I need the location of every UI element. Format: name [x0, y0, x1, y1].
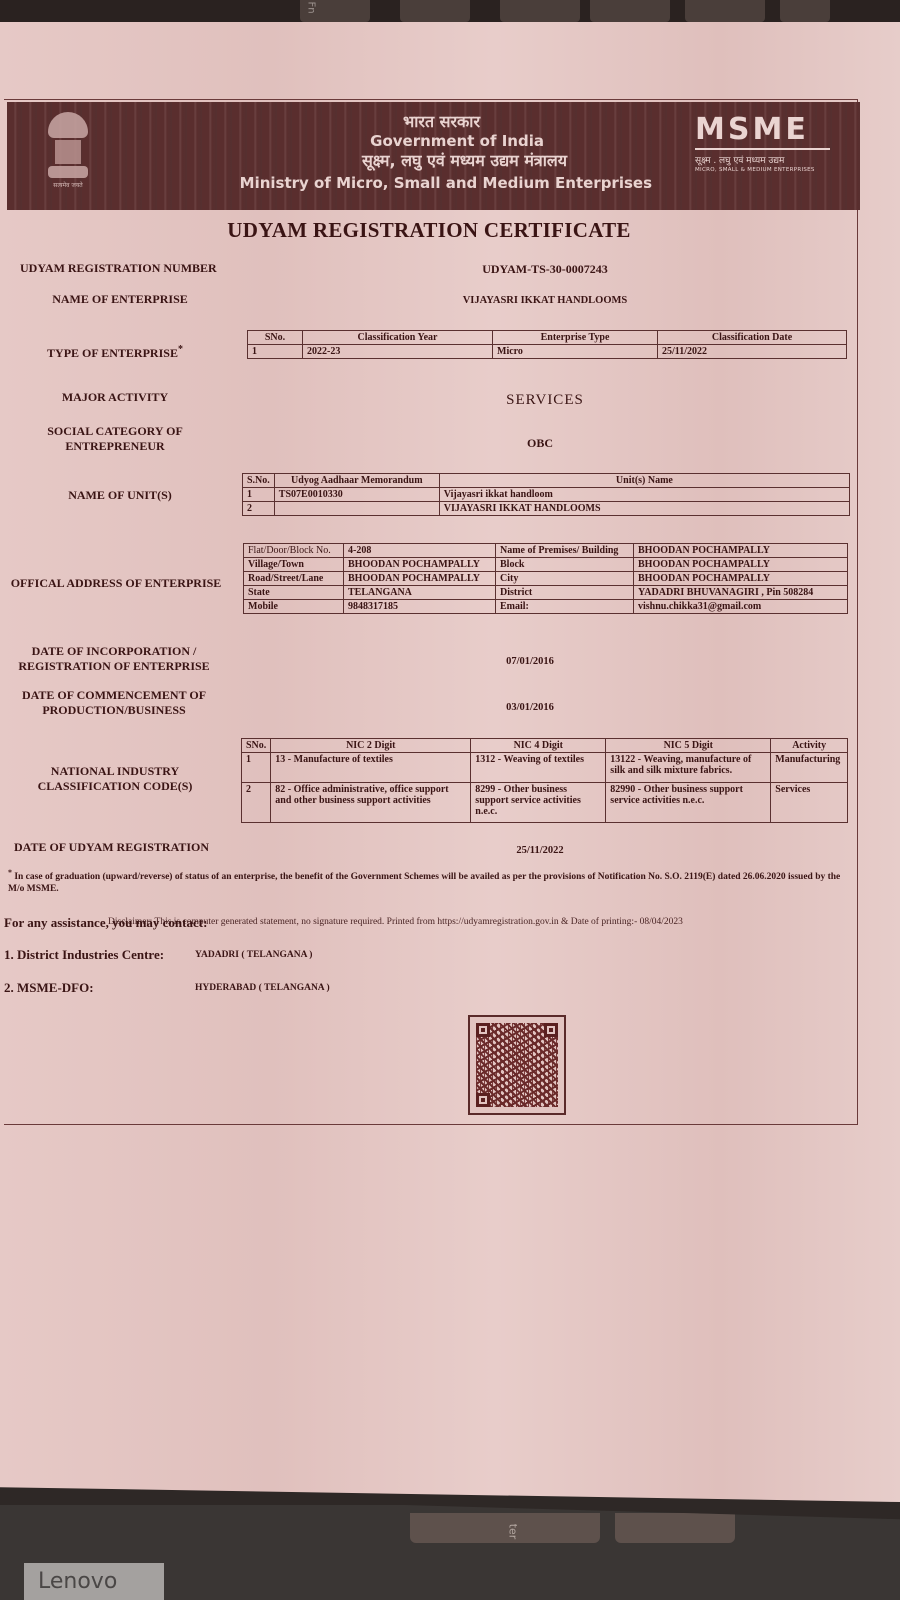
type-label: TYPE OF ENTERPRISE*	[30, 342, 200, 361]
enterprise-name-value: VIJAYASRI IKKAT HANDLOOMS	[420, 295, 670, 306]
key-label: Fn	[306, 1, 317, 13]
commencement-date: 03/01/2016	[480, 702, 580, 713]
national-emblem-icon: सत्यमेव जयते	[43, 112, 93, 192]
dic-value: YADADRI ( TELANGANA )	[195, 950, 312, 960]
certificate-title: UDYAM REGISTRATION CERTIFICATE	[0, 218, 858, 243]
table-row: 2 VIJAYASRI IKKAT HANDLOOMS	[243, 502, 850, 516]
lenovo-logo: Lenovo	[24, 1563, 164, 1600]
msme-logo-word: MSME	[695, 114, 830, 150]
table-row: Flat/Door/Block No. 4-208 Name of Premis…	[244, 544, 848, 558]
key-label: ter	[506, 1524, 519, 1540]
certificate-paper: सत्यमेव जयते भारत सरकार Government of In…	[0, 22, 900, 1502]
table-row: Mobile 9848317185 Email: vishnu.chikka31…	[244, 600, 848, 614]
dfo-value: HYDERABAD ( TELANGANA )	[195, 983, 330, 993]
major-activity-value: SERVICES	[470, 392, 620, 409]
keyboard-key	[400, 0, 470, 22]
address-table: Flat/Door/Block No. 4-208 Name of Premis…	[243, 543, 848, 614]
social-category-value: OBC	[500, 436, 580, 451]
msme-logo-hindi: सूक्ष्म . लघु एवं मध्यम उद्यम	[695, 153, 830, 166]
dic-label: 1. District Industries Centre:	[4, 947, 164, 963]
units-label: NAME OF UNIT(S)	[50, 488, 190, 503]
qr-code-icon	[468, 1015, 566, 1115]
commencement-label: DATE OF COMMENCEMENT OF PRODUCTION/BUSIN…	[14, 688, 214, 718]
hindi-ministry-text: सूक्ष्म, लघु एवं मध्यम उद्यम मंत्रालय	[232, 150, 567, 172]
email-link[interactable]: vishnu.chikka31@gmail.com	[634, 600, 848, 614]
ministry-heading: भारत सरकार Government of India सूक्ष्म, …	[232, 112, 652, 194]
table-row: Village/Town BHOODAN POCHAMPALLY Block B…	[244, 558, 848, 572]
table-row: 2 82 - Office administrative, office sup…	[242, 783, 848, 823]
keyboard-key	[410, 1513, 600, 1543]
footnote: * In case of graduation (upward/reverse)…	[8, 867, 858, 895]
table-row: Road/Street/Lane BHOODAN POCHAMPALLY Cit…	[244, 572, 848, 586]
dfo-label: 2. MSME-DFO:	[4, 980, 94, 996]
ministry-text: Ministry of Micro, Small and Medium Ente…	[232, 172, 652, 194]
table-row: 1 TS07E0010330 Vijayasri ikkat handloom	[243, 488, 850, 502]
keyboard-key	[615, 1513, 735, 1543]
assistance-heading: For any assistance, you may contact:	[4, 915, 207, 931]
keyboard-key	[590, 0, 670, 22]
msme-logo-english: MICRO, SMALL & MEDIUM ENTERPRISES	[695, 167, 830, 173]
table-row: State TELANGANA District YADADRI BHUVANA…	[244, 586, 848, 600]
udyam-date-label: DATE OF UDYAM REGISTRATION	[14, 840, 214, 855]
msme-logo: MSME सूक्ष्म . लघु एवं मध्यम उद्यम MICRO…	[695, 114, 830, 173]
reg-number-label: UDYAM REGISTRATION NUMBER	[20, 261, 220, 276]
incorporation-date: 07/01/2016	[480, 656, 580, 667]
gov-text: Government of India	[232, 132, 544, 150]
enterprise-name-label: NAME OF ENTERPRISE	[40, 292, 200, 307]
udyam-date-value: 25/11/2022	[490, 845, 590, 856]
incorporation-label: DATE OF INCORPORATION / REGISTRATION OF …	[14, 644, 214, 674]
keyboard-key	[685, 0, 765, 22]
keyboard-key	[500, 0, 580, 22]
major-activity-label: MAJOR ACTIVITY	[40, 390, 190, 405]
units-table: S.No. Udyog Aadhaar Memorandum Unit(s) N…	[242, 473, 850, 516]
social-category-label: SOCIAL CATEGORY OF ENTREPRENEUR	[30, 424, 200, 454]
reg-number-value: UDYAM-TS-30-0007243	[440, 262, 650, 277]
table-row: 1 2022-23 Micro 25/11/2022	[248, 345, 847, 359]
header-banner: सत्यमेव जयते भारत सरकार Government of In…	[7, 102, 860, 210]
keyboard-key	[780, 0, 830, 22]
table-row: 1 13 - Manufacture of textiles 1312 - We…	[242, 753, 848, 783]
address-label: OFFICAL ADDRESS OF ENTERPRISE	[6, 576, 226, 591]
nic-table: SNo. NIC 2 Digit NIC 4 Digit NIC 5 Digit…	[241, 738, 848, 823]
enterprise-type-table: SNo. Classification Year Enterprise Type…	[247, 330, 847, 359]
hindi-gov-text: भारत सरकार	[232, 112, 480, 132]
nic-label: NATIONAL INDUSTRY CLASSIFICATION CODE(S)	[30, 764, 200, 794]
